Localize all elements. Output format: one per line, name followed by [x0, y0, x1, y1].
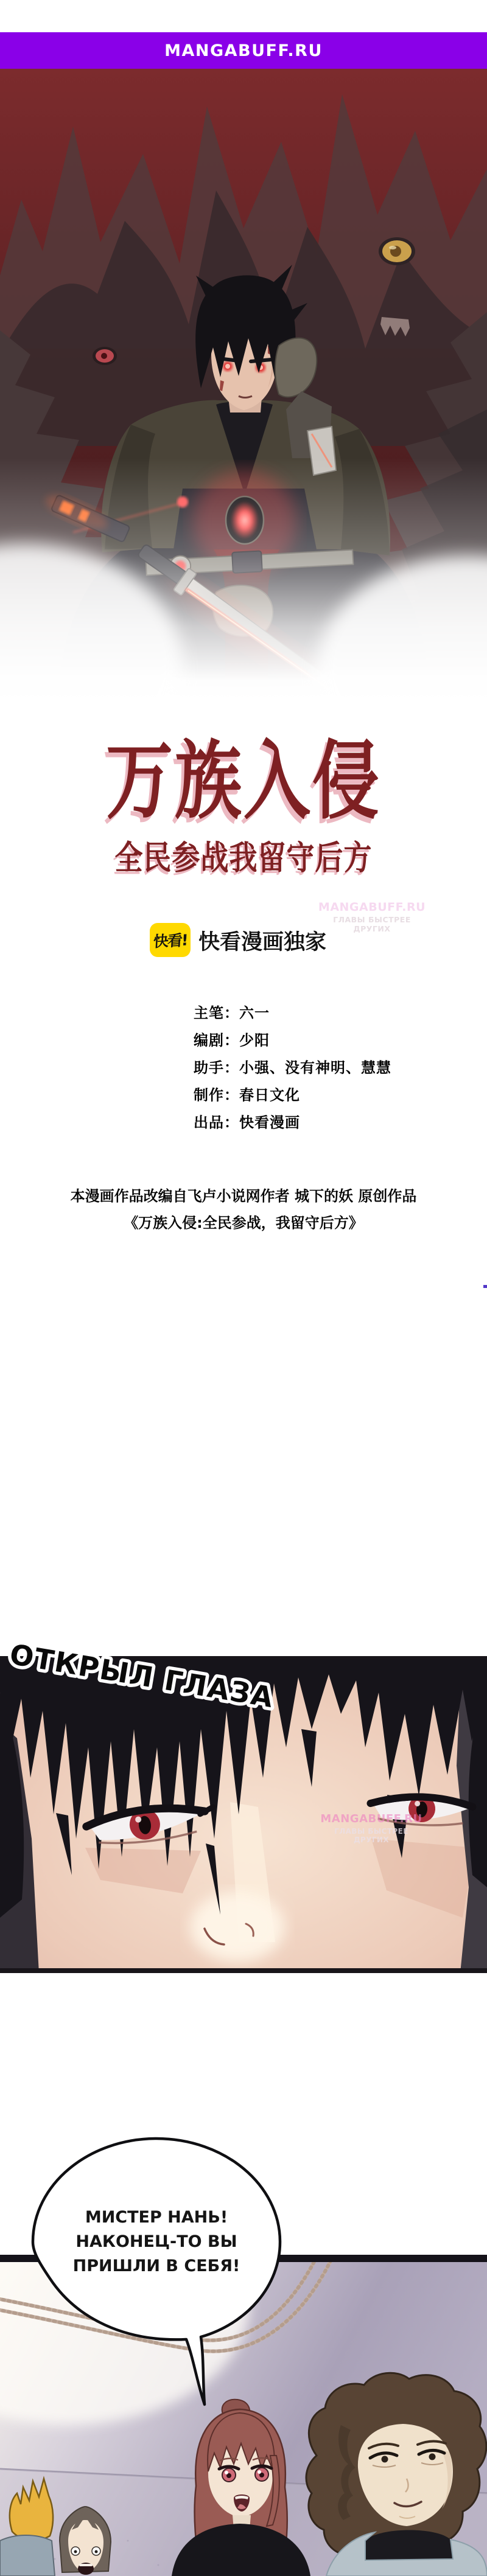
watermark-title-section: MANGABUFF.RU ГЛАВЫ БЫСТРЕЕ ДРУГИХ — [314, 900, 430, 933]
credit-label: 编剧： — [194, 1032, 239, 1049]
watermark-site: MANGABUFF.RU — [314, 900, 430, 914]
site-name: MANGABUFF.RU — [164, 41, 323, 60]
credit-row: 制作：春日文化 — [194, 1083, 300, 1104]
panel-border-bottom — [0, 1968, 487, 1973]
character-right — [306, 2373, 487, 2576]
credit-row: 主笔：六一 — [194, 1001, 270, 1022]
credit-value: 小强、没有神明、慧慧 — [239, 1059, 391, 1076]
monster-eye-yellow — [379, 237, 415, 265]
watermark-eyes-panel: MANGABUFF.RU ГЛАВЫ БЫСТРЕЕ ДРУГИХ — [317, 1812, 426, 1844]
monster-eye-red — [93, 347, 117, 365]
site-banner: MANGABUFF.RU — [0, 32, 487, 69]
disclaimer-line1: 本漫画作品改编自飞卢小说网作者 城下的妖 原创作品 — [0, 1184, 487, 1205]
right-turtleneck — [365, 2530, 453, 2560]
publisher-exclusive-label: 快看漫画独家 — [198, 925, 326, 956]
kuaikan-logo-text: 快看! — [153, 928, 188, 952]
series-title: 万族入侵 — [0, 737, 487, 824]
nose-glow — [190, 1892, 285, 1962]
watermark-site: MANGABUFF.RU — [317, 1812, 426, 1825]
credit-row: 助手：小强、没有神明、慧慧 — [194, 1056, 391, 1077]
bubble-line1: МИСТЕР НАНЬ! — [85, 2208, 228, 2227]
bubble-line2: НАКОНЕЦ-ТО ВЫ — [75, 2232, 237, 2251]
series-subtitle: 全民参战我留守后方 — [0, 840, 487, 875]
credit-label: 制作： — [194, 1087, 239, 1104]
manga-reader-page: MANGABUFF.RU — [0, 0, 487, 2576]
watermark-tagline: ГЛАВЫ БЫСТРЕЕ ДРУГИХ — [317, 1827, 426, 1844]
credit-label: 助手： — [194, 1059, 239, 1076]
caption-text: ОТКРЫЛ ГЛАЗА — [7, 1638, 276, 1714]
kuaikan-logo-badge: 快看! — [150, 923, 191, 957]
monster-teeth — [380, 317, 410, 336]
credit-label: 出品： — [194, 1114, 239, 1131]
left-sleeve — [0, 2535, 55, 2576]
credit-row: 出品：快看漫画 — [194, 1110, 300, 1132]
credit-label: 主笔： — [194, 1004, 239, 1022]
left-teeth — [79, 2564, 93, 2566]
credit-value: 春日文化 — [239, 1087, 300, 1104]
speech-bubble: МИСТЕР НАНЬ! НАКОНЕЦ-ТО ВЫ ПРИШЛИ В СЕБЯ… — [18, 2132, 286, 2412]
credit-value: 快看漫画 — [239, 1114, 300, 1131]
bubble-line3: ПРИШЛИ В СЕБЯ! — [73, 2257, 240, 2275]
credit-value: 六一 — [239, 1004, 270, 1022]
credit-row: 编剧：少阳 — [194, 1028, 270, 1050]
cover-artwork — [0, 69, 487, 700]
caption-lettering: ОТКРЫЛ ГЛАЗА — [0, 1612, 317, 1719]
scan-artifact — [483, 1285, 487, 1288]
disclaimer-line2: 《万族入侵:全民参战，我留守后方》 — [0, 1211, 487, 1232]
watermark-tagline: ГЛАВЫ БЫСТРЕЕ ДРУГИХ — [314, 915, 430, 933]
credit-value: 少阳 — [239, 1032, 270, 1049]
